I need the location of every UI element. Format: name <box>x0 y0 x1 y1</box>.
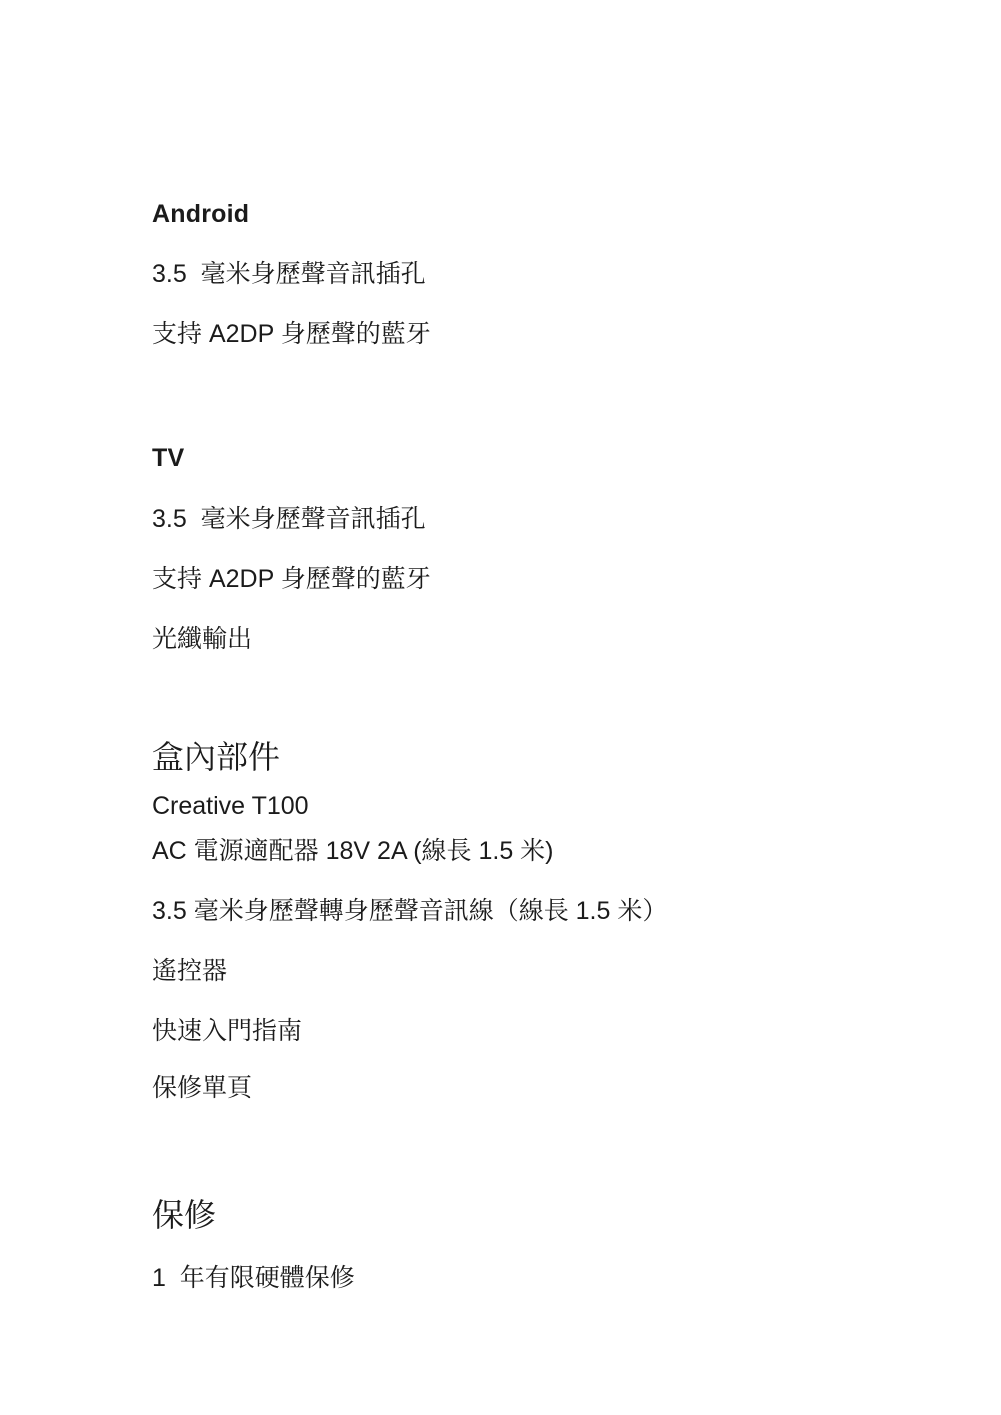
section-heading-box-contents: 盒內部件 <box>152 737 941 777</box>
spec-line-android-audio-jack: 3.5 毫米身歷聲音訊插孔 <box>152 258 941 290</box>
section-heading-warranty: 保修 <box>152 1195 941 1235</box>
box-item-audio-cable: 3.5 毫米身歷聲轉身歷聲音訊線（線長 1.5 米） <box>152 895 941 927</box>
box-item-remote-control: 遙控器 <box>152 955 941 987</box>
box-item-quick-start-guide: 快速入門指南 <box>152 1015 941 1047</box>
spec-line-android-bluetooth: 支持 A2DP 身歷聲的藍牙 <box>152 318 941 350</box>
box-item-ac-adapter: AC 電源適配器 18V 2A (線長 1.5 米) <box>152 835 941 867</box>
section-heading-tv: TV <box>152 443 941 473</box>
section-heading-android: Android <box>152 199 941 229</box>
spec-line-tv-optical-out: 光纖輸出 <box>152 623 941 655</box>
warranty-line-hardware: 1 年有限硬體保修 <box>152 1262 941 1294</box>
box-item-creative-t100: Creative T100 <box>152 790 941 822</box>
spec-line-tv-bluetooth: 支持 A2DP 身歷聲的藍牙 <box>152 563 941 595</box>
document-page: Android 3.5 毫米身歷聲音訊插孔 支持 A2DP 身歷聲的藍牙 TV … <box>0 0 1001 1415</box>
box-item-warranty-leaflet: 保修單頁 <box>152 1072 941 1104</box>
spec-line-tv-audio-jack: 3.5 毫米身歷聲音訊插孔 <box>152 503 941 535</box>
